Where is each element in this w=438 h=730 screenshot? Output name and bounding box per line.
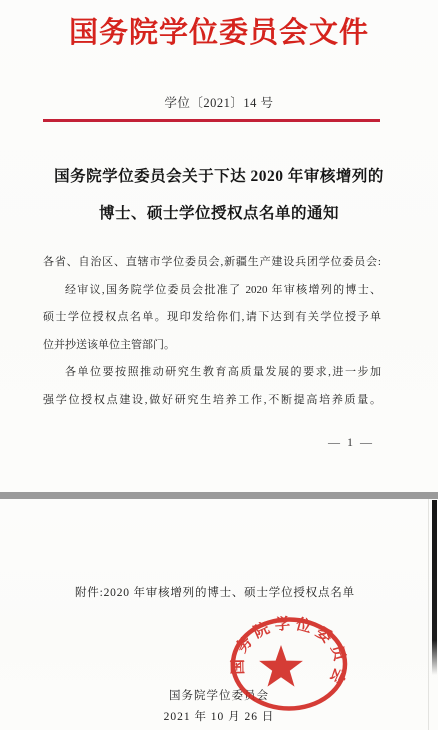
red-divider-rule <box>43 119 380 122</box>
body-line: 各省、自治区、直辖市学位委员会,新疆生产建设兵团学位委员会: <box>43 249 381 277</box>
scanned-document: 国务院学位委员会文件 学位〔2021〕14 号 国务院学位委员会关于下达 202… <box>0 0 438 730</box>
body-line: 强学位授权点建设,做好研究生培养工作,不断提高培养质量。 <box>43 387 381 415</box>
scan-artifact-line <box>432 500 437 675</box>
document-title: 国务院学位委员会关于下达 2020 年审核增列的 博士、硕士学位授权点名单的通知 <box>0 158 438 232</box>
document-body: 各省、自治区、直辖市学位委员会,新疆生产建设兵团学位委员会: 经审议,国务院学位… <box>43 249 381 414</box>
body-line: 位并抄送该单位主管部门。 <box>43 332 381 360</box>
document-number: 学位〔2021〕14 号 <box>0 93 438 111</box>
body-line: 各单位要按照推动研究生教育高质量发展的要求,进一步加 <box>43 359 381 387</box>
signature-org: 国务院学位委员会 <box>0 687 438 703</box>
body-line: 经审议,国务院学位委员会批准了 2020 年审核增列的博士、 <box>43 277 381 305</box>
body-line: 硕士学位授权点名单。现印发给你们,请下达到有关学位授予单 <box>43 304 381 332</box>
issuing-org-header: 国务院学位委员会文件 <box>0 10 438 51</box>
attachment-reference: 附件:2020 年审核增列的博士、硕士学位授权点名单 <box>75 584 355 600</box>
signature-date: 2021 年 10 月 26 日 <box>0 708 438 724</box>
page-separator <box>0 492 438 499</box>
page-number: — 1 — <box>328 435 374 450</box>
document-title-line-2: 博士、硕士学位授权点名单的通知 <box>0 195 438 232</box>
official-seal: 国务院学位委员会 <box>225 612 355 717</box>
document-page-1: 国务院学位委员会文件 学位〔2021〕14 号 国务院学位委员会关于下达 202… <box>0 0 438 492</box>
star-icon <box>259 645 303 687</box>
document-title-line-1: 国务院学位委员会关于下达 2020 年审核增列的 <box>0 158 438 195</box>
